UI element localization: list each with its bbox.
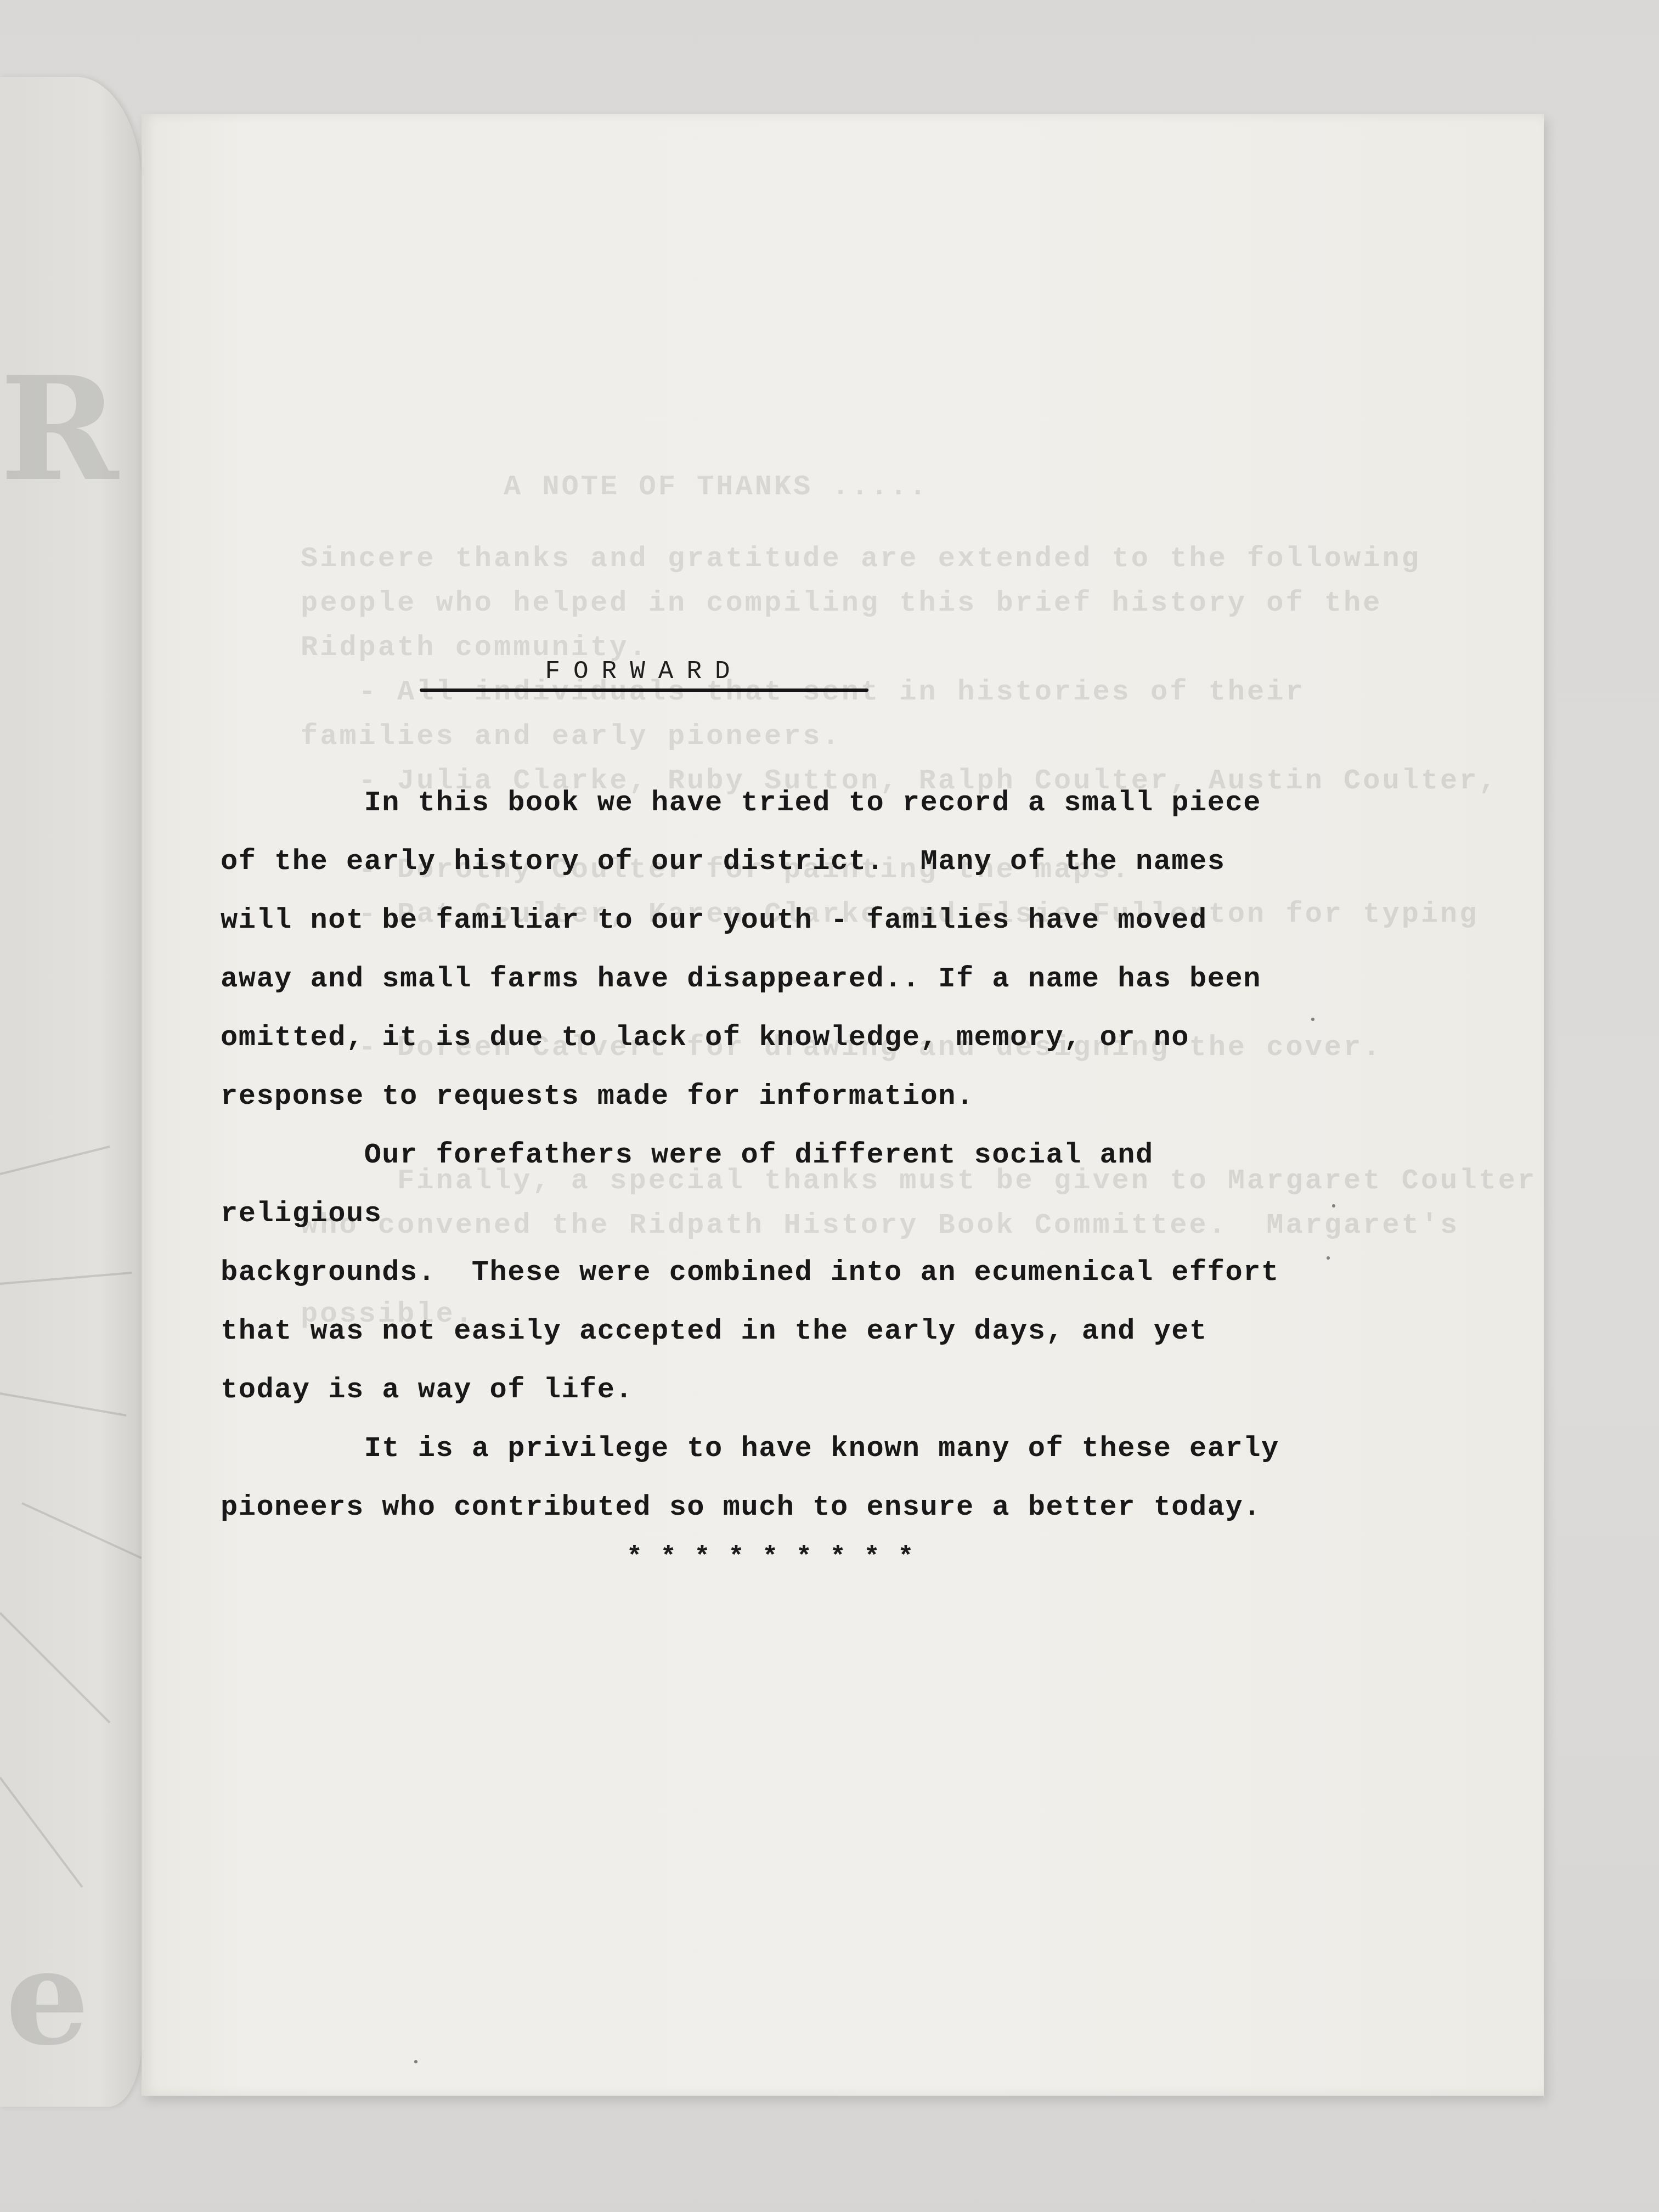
left-page-sketch <box>0 1064 142 1942</box>
ink-speck <box>1332 1204 1335 1207</box>
paragraph: It is a privilege to have known many of … <box>221 1419 1318 1537</box>
page-title: FORWARD <box>420 657 868 686</box>
ink-speck <box>1056 1500 1059 1504</box>
left-page-bleed-letter: e <box>5 1920 89 2075</box>
paragraph: Our forefathers were of different social… <box>221 1126 1318 1419</box>
ink-speck <box>1327 1256 1330 1260</box>
left-page-bleed-letter: R <box>0 346 119 513</box>
facing-left-page: R e <box>0 77 142 2107</box>
ink-speck <box>1311 1018 1314 1021</box>
ink-speck <box>414 2060 417 2063</box>
paragraph: In this book we have tried to record a s… <box>221 774 1318 1126</box>
show-through-heading: A NOTE OF THANKS ..... <box>504 471 929 503</box>
body-text: In this book we have tried to record a s… <box>221 774 1318 1537</box>
title-underline <box>420 689 868 692</box>
section-divider: ********* <box>627 1543 932 1572</box>
